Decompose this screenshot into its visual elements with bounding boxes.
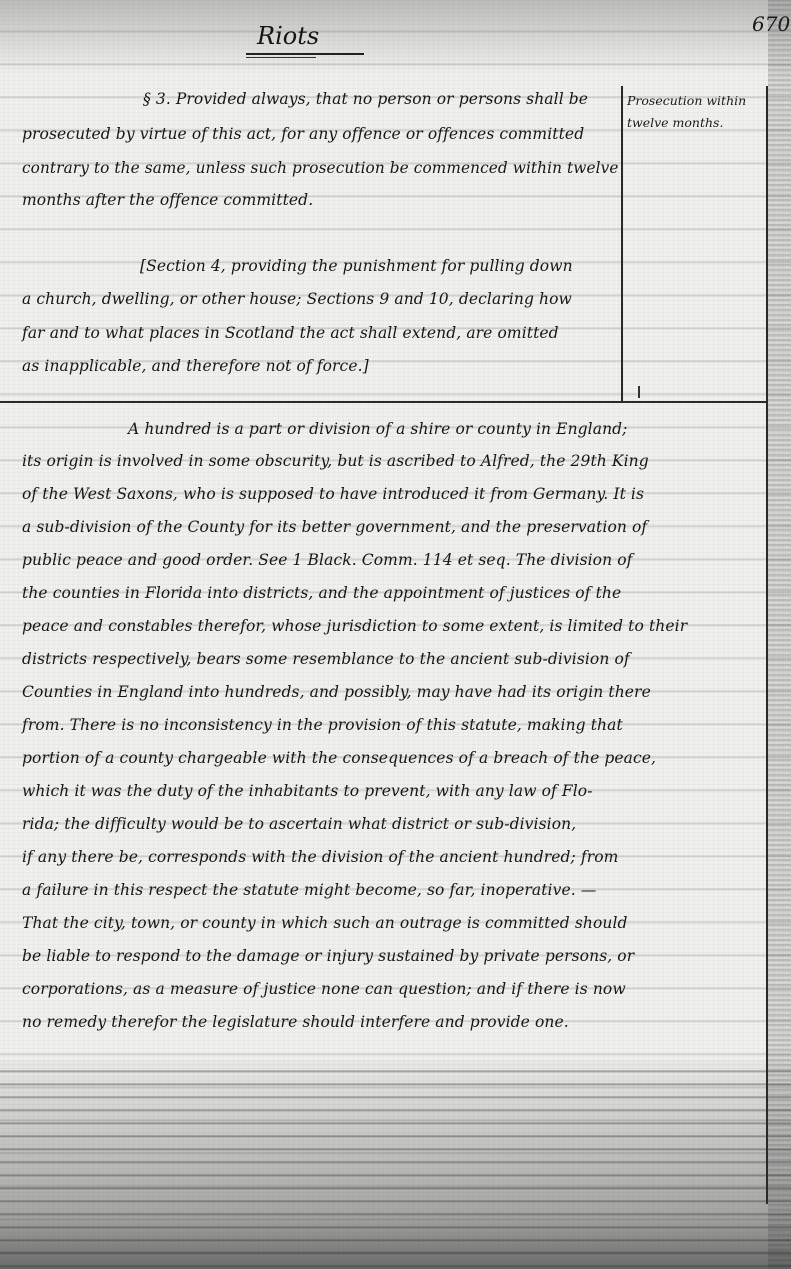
text-line: prosecuted by virtue of this act, for an… <box>22 125 584 143</box>
margin-note-line: twelve months. <box>627 115 723 130</box>
text-line: from. There is no inconsistency in the p… <box>22 716 623 734</box>
title-underline-secondary <box>246 57 316 58</box>
text-line: § 3. Provided always, that no person or … <box>143 90 588 108</box>
section-divider <box>0 401 768 403</box>
text-line: far and to what places in Scotland the a… <box>22 324 559 342</box>
text-line: a church, dwelling, or other house; Sect… <box>22 290 572 308</box>
text-line: a failure in this respect the statute mi… <box>22 881 596 899</box>
page-title: Riots <box>257 22 319 50</box>
margin-rule-left <box>621 86 623 402</box>
text-line: Counties in England into hundreds, and p… <box>22 683 651 701</box>
page-number: 670 <box>752 12 790 36</box>
text-line: of the West Saxons, who is supposed to h… <box>22 485 644 503</box>
scan-shadow-top <box>0 0 791 75</box>
text-line: no remedy therefor the legislature shoul… <box>22 1013 569 1031</box>
text-line: corporations, as a measure of justice no… <box>22 980 626 998</box>
text-line: That the city, town, or county in which … <box>22 914 628 932</box>
text-line: if any there be, corresponds with the di… <box>22 848 618 866</box>
text-line: months after the offence committed. <box>22 191 313 209</box>
text-line: contrary to the same, unless such prosec… <box>22 159 619 177</box>
text-line: its origin is involved in some obscurity… <box>22 452 649 470</box>
text-line: be liable to respond to the damage or in… <box>22 947 634 965</box>
text-line: the counties in Florida into districts, … <box>22 584 621 602</box>
text-line: portion of a county chargeable with the … <box>22 749 656 767</box>
margin-tick-mark <box>638 386 640 398</box>
scan-shadow-bottom <box>0 1060 791 1269</box>
margin-note-line: Prosecution within <box>627 93 746 108</box>
text-line: rida; the difficulty would be to ascerta… <box>22 815 576 833</box>
text-line: public peace and good order. See 1 Black… <box>22 551 633 569</box>
text-line: A hundred is a part or division of a shi… <box>128 420 628 438</box>
text-line: peace and constables therefor, whose jur… <box>22 617 687 635</box>
text-line: districts respectively, bears some resem… <box>22 650 630 668</box>
text-line: which it was the duty of the inhabitants… <box>22 782 593 800</box>
text-line: [Section 4, providing the punishment for… <box>140 257 573 275</box>
manuscript-page: Riots 670 Prosecution within twelve mont… <box>0 0 791 1269</box>
margin-rule-right <box>766 86 768 1204</box>
text-line: a sub-division of the County for its bet… <box>22 518 647 536</box>
text-line: as inapplicable, and therefore not of fo… <box>22 357 369 375</box>
title-underline <box>246 53 364 55</box>
